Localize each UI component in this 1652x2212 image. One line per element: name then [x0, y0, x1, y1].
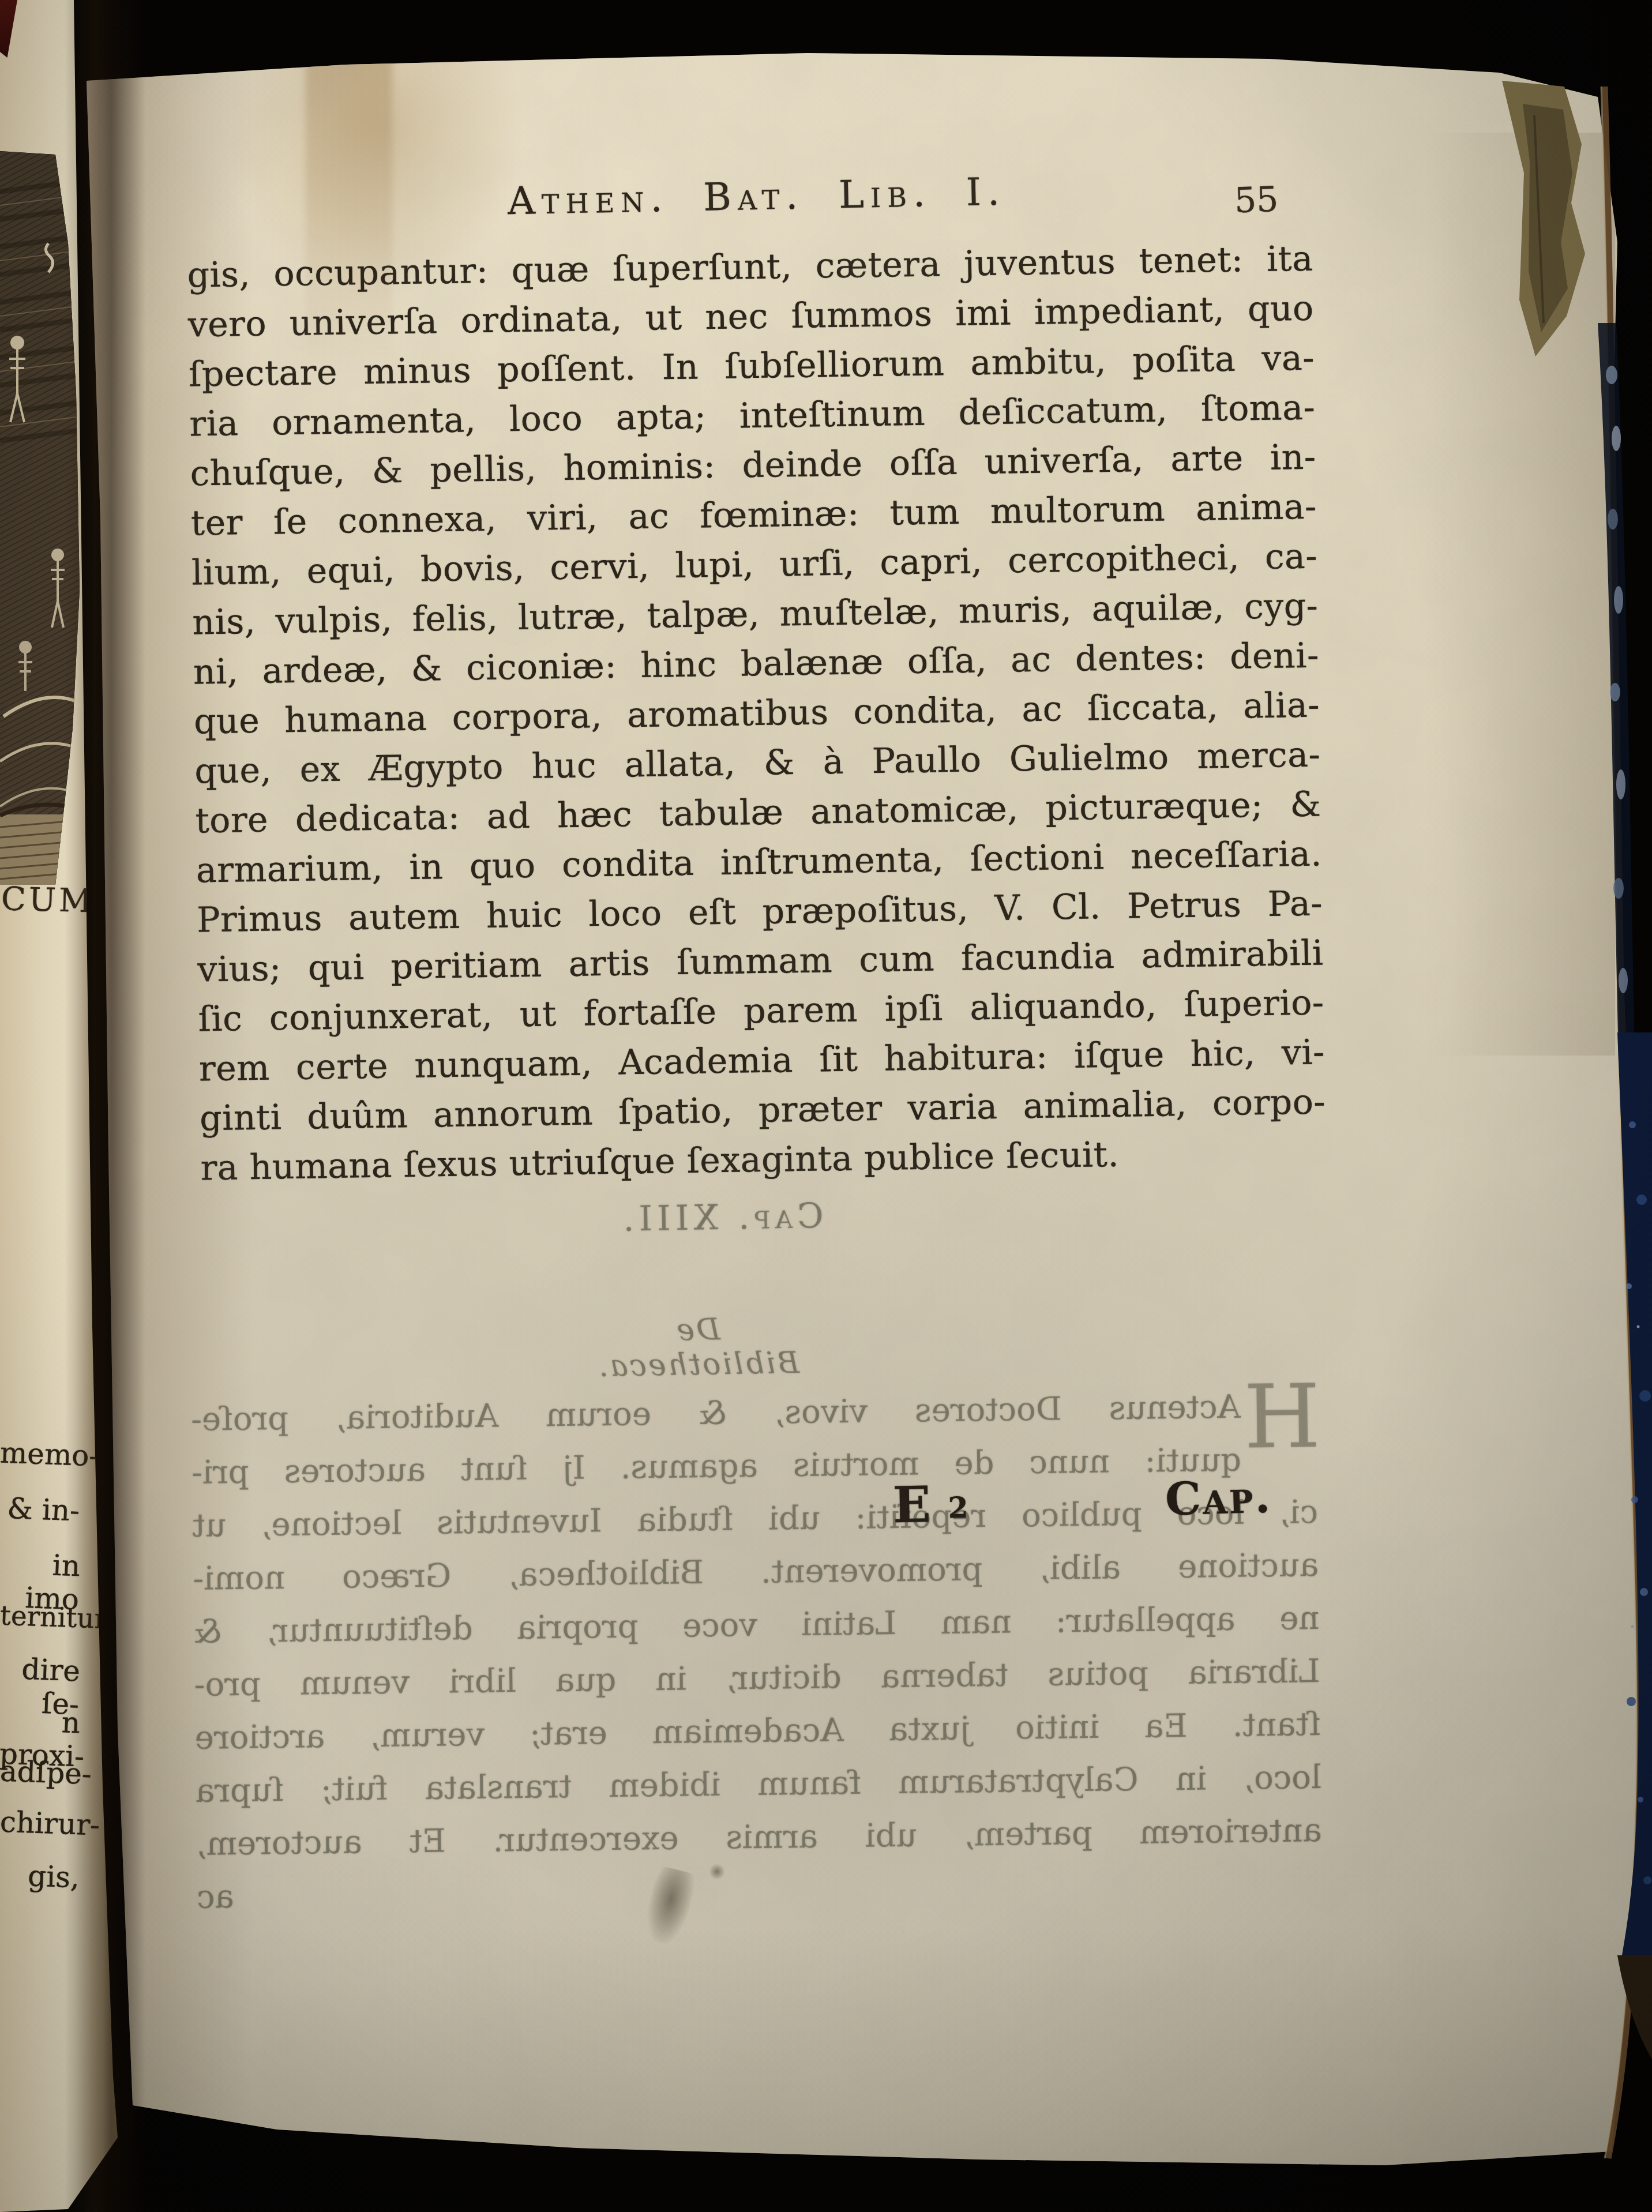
- book-page: Cap. XIII. De Bibliotheca. H Actenus Doc…: [81, 52, 1652, 2186]
- facing-page-line-fragment: gis,: [0, 1858, 80, 1895]
- paper-texture: [81, 52, 1652, 2186]
- facing-page-line-fragment: ternitur: [0, 1600, 80, 1635]
- facing-page-line-fragment: chirur-: [0, 1805, 80, 1842]
- facing-page-line-fragment: adſpe-: [0, 1755, 80, 1791]
- facing-page-line-fragment: & in-: [0, 1492, 80, 1528]
- facing-page-line-fragment: memo-: [0, 1436, 80, 1473]
- facing-page-line-fragments: memo- & in- in imo ternitur dire ſe- n p…: [0, 0, 80, 2212]
- book-photo: Cap. XIII. De Bibliotheca. H Actenus Doc…: [0, 0, 1652, 2212]
